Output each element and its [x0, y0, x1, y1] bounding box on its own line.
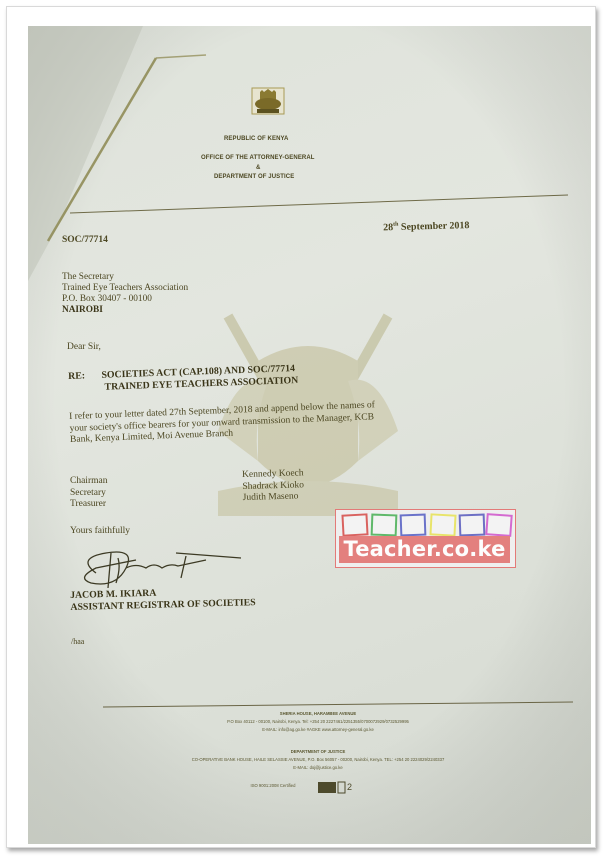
signatory-block: JACOB M. IKIARA ASSISTANT REGISTRAR OF S… [70, 585, 256, 613]
document-frame: REPUBLIC OF KENYA OFFICE OF THE ATTORNEY… [6, 6, 596, 848]
role-treasurer: Treasurer [70, 499, 107, 511]
office-bearer-names: Kennedy Koech Shadrack Kioko Judith Mase… [242, 468, 304, 504]
name-chairman: Kennedy Koech [242, 468, 304, 481]
logo-square-blue [400, 514, 427, 537]
recipient-city: NAIROBI [62, 305, 188, 316]
letter-date: 28th September 2018 [383, 220, 470, 234]
letterhead-country: REPUBLIC OF KENYA [224, 136, 289, 142]
recipient-line-2: Trained Eye Teachers Association [62, 283, 188, 294]
footer-doj-title: DEPARTMENT OF JUSTICE [168, 749, 468, 754]
footer-doj-email: E-MAIL: doj@justice.go.ke [168, 765, 468, 770]
recipient-line-3: P.O. Box 30407 - 00100 [62, 294, 188, 305]
letterhead-office: OFFICE OF THE ATTORNEY-GENERAL [201, 155, 315, 161]
logo-square-magenta [485, 513, 512, 537]
footer-iso-text: ISO 9001:2008 Certified [238, 783, 308, 788]
footer-ag-building: SHERIA HOUSE, HARAMBEE AVENUE [168, 711, 468, 716]
svg-text:2: 2 [347, 782, 352, 792]
letterhead-ampersand: & [256, 165, 260, 171]
letter-photo: REPUBLIC OF KENYA OFFICE OF THE ATTORNEY… [28, 26, 591, 844]
name-treasurer: Judith Maseno [243, 491, 305, 504]
recipient-line-1: The Secretary [62, 272, 188, 283]
closing: Yours faithfully [70, 526, 130, 538]
logo-square-green [371, 514, 398, 537]
date-suffix: th [393, 222, 398, 228]
logo-text: Teacher.co.ke [339, 536, 510, 563]
role-secretary: Secretary [70, 488, 107, 500]
role-chairman: Chairman [70, 476, 107, 488]
date-day: 28 [383, 222, 393, 233]
logo-squares [342, 514, 510, 536]
kenya-coat-of-arms-icon [248, 86, 288, 118]
salutation: Dear Sir, [67, 342, 101, 354]
office-bearer-roles: Chairman Secretary Treasurer [70, 476, 107, 511]
typist-reference: /haa [71, 636, 84, 648]
re-label: RE: [68, 370, 85, 382]
recipient-address: The Secretary Trained Eye Teachers Assoc… [62, 272, 188, 316]
logo-square-indigo [459, 514, 486, 537]
teacher-co-ke-logo: Teacher.co.ke [335, 509, 516, 568]
letterhead-department: DEPARTMENT OF JUSTICE [214, 174, 294, 180]
footer-doj-address: CO-OPERATIVE BANK HOUSE, HAILE SELASSIE … [88, 757, 548, 762]
date-rest: September 2018 [401, 220, 470, 233]
footer-ag-address: P.O Box 40112 - 00100, Nairobi, Kenya. T… [128, 719, 508, 724]
logo-square-red [341, 513, 368, 536]
logo-square-yellow [429, 513, 456, 536]
iso-certification-logo-icon: 2 [318, 780, 354, 794]
footer-ag-email: E-MAIL: info@ag.go.ke #AGKE www.attorney… [168, 727, 468, 732]
reference-number: SOC/77714 [62, 235, 108, 245]
